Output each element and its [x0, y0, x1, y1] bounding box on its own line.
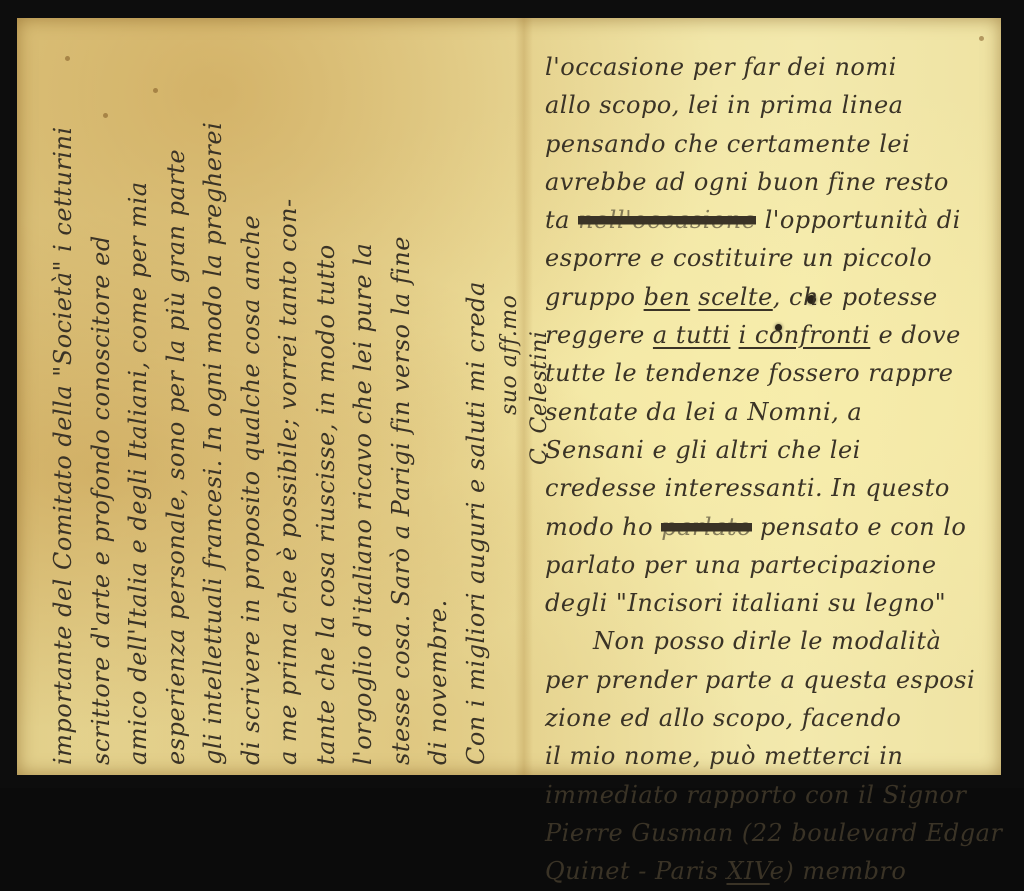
text-line: allo scopo, lei in prima linea: [537, 86, 997, 124]
text-line: pensando che certamente lei: [537, 125, 997, 163]
text-line-with-strikeout: ta nell'occasione l'opportunità di: [537, 201, 997, 239]
text-segment: l'opportunità di: [756, 206, 960, 234]
left-page-text: importante del Comitato della "Società" …: [17, 35, 507, 775]
underlined-text: i confronti: [739, 321, 871, 349]
text-line: immediato rapporto con il Signor: [537, 776, 997, 788]
text-segment: gruppo: [545, 283, 644, 311]
closing: suo aff.mo: [495, 35, 525, 765]
text-segment: pensato e con lo: [752, 513, 966, 541]
text-line: a me prima che è possibile; vorrei tanto…: [270, 35, 308, 765]
paragraph-start-line: Non posso dirle le modalità: [537, 622, 997, 660]
text-segment: [730, 321, 738, 349]
text-line: di novembre.: [420, 35, 458, 765]
underlined-text: ben: [644, 283, 691, 311]
text-line: degli "Incisori italiani su legno": [537, 584, 997, 622]
text-line: l'occasione per far dei nomi: [537, 48, 997, 86]
text-line: parlato per una partecipazione: [537, 546, 997, 584]
text-line: Sensani e gli altri che lei: [537, 431, 997, 469]
text-line: Con i migliori auguri e saluti mi creda: [458, 35, 496, 765]
scan-frame: importante del Comitato della "Società" …: [0, 0, 1024, 788]
text-line: stesse cosa. Sarò a Parigi fin verso la …: [383, 35, 421, 765]
text-line-with-underline: gruppo ben scelte, che potesse: [537, 278, 997, 316]
struck-out-text: parlato: [661, 508, 752, 546]
underlined-text: scelte: [698, 283, 772, 311]
text-line: amico dell'Italia e degli Italiani, come…: [120, 35, 158, 765]
text-line: per prender parte a questa esposi: [537, 661, 997, 699]
left-page: importante del Comitato della "Società" …: [17, 18, 522, 775]
text-line-with-strikeout: modo ho parlato pensato e con lo: [537, 508, 997, 546]
text-segment: e dove: [870, 321, 961, 349]
text-line: zione ed allo scopo, facendo: [537, 699, 997, 737]
text-line: di scrivere in proposito qualche cosa an…: [233, 35, 271, 765]
struck-out-text: nell'occasione: [578, 201, 756, 239]
text-line: esporre e costituire un piccolo: [537, 239, 997, 277]
text-line: gli intellettuali francesi. In ogni modo…: [195, 35, 233, 765]
text-line: l'orgoglio d'italiano ricavo che lei pur…: [345, 35, 383, 765]
text-line: tutte le tendenze fossero rappre: [537, 354, 997, 392]
text-line: credesse interessanti. In questo: [537, 469, 997, 507]
text-line-with-underline: reggere a tutti i confronti e dove: [537, 316, 997, 354]
text-line: importante del Comitato della "Società" …: [45, 35, 83, 765]
text-line: esperienza personale, sono per la più gr…: [158, 35, 196, 765]
right-page: l'occasione per far dei nomi allo scopo,…: [537, 48, 997, 768]
letter-sheet: importante del Comitato della "Società" …: [17, 18, 1001, 775]
text-segment: ta: [545, 206, 578, 234]
text-line: tante che la cosa riuscisse, in modo tut…: [308, 35, 346, 765]
text-line: avrebbe ad ogni buon fine resto: [537, 163, 997, 201]
text-segment: , che potesse: [773, 283, 938, 311]
underlined-text: a tutti: [653, 321, 731, 349]
text-segment: reggere: [545, 321, 653, 349]
text-line: scrittore d'arte e profondo conoscitore …: [83, 35, 121, 765]
paper-stain: [979, 36, 984, 41]
text-segment: modo ho: [545, 513, 661, 541]
text-line: sentate da lei a Nomni, a: [537, 393, 997, 431]
text-line: il mio nome, può metterci in: [537, 737, 997, 775]
